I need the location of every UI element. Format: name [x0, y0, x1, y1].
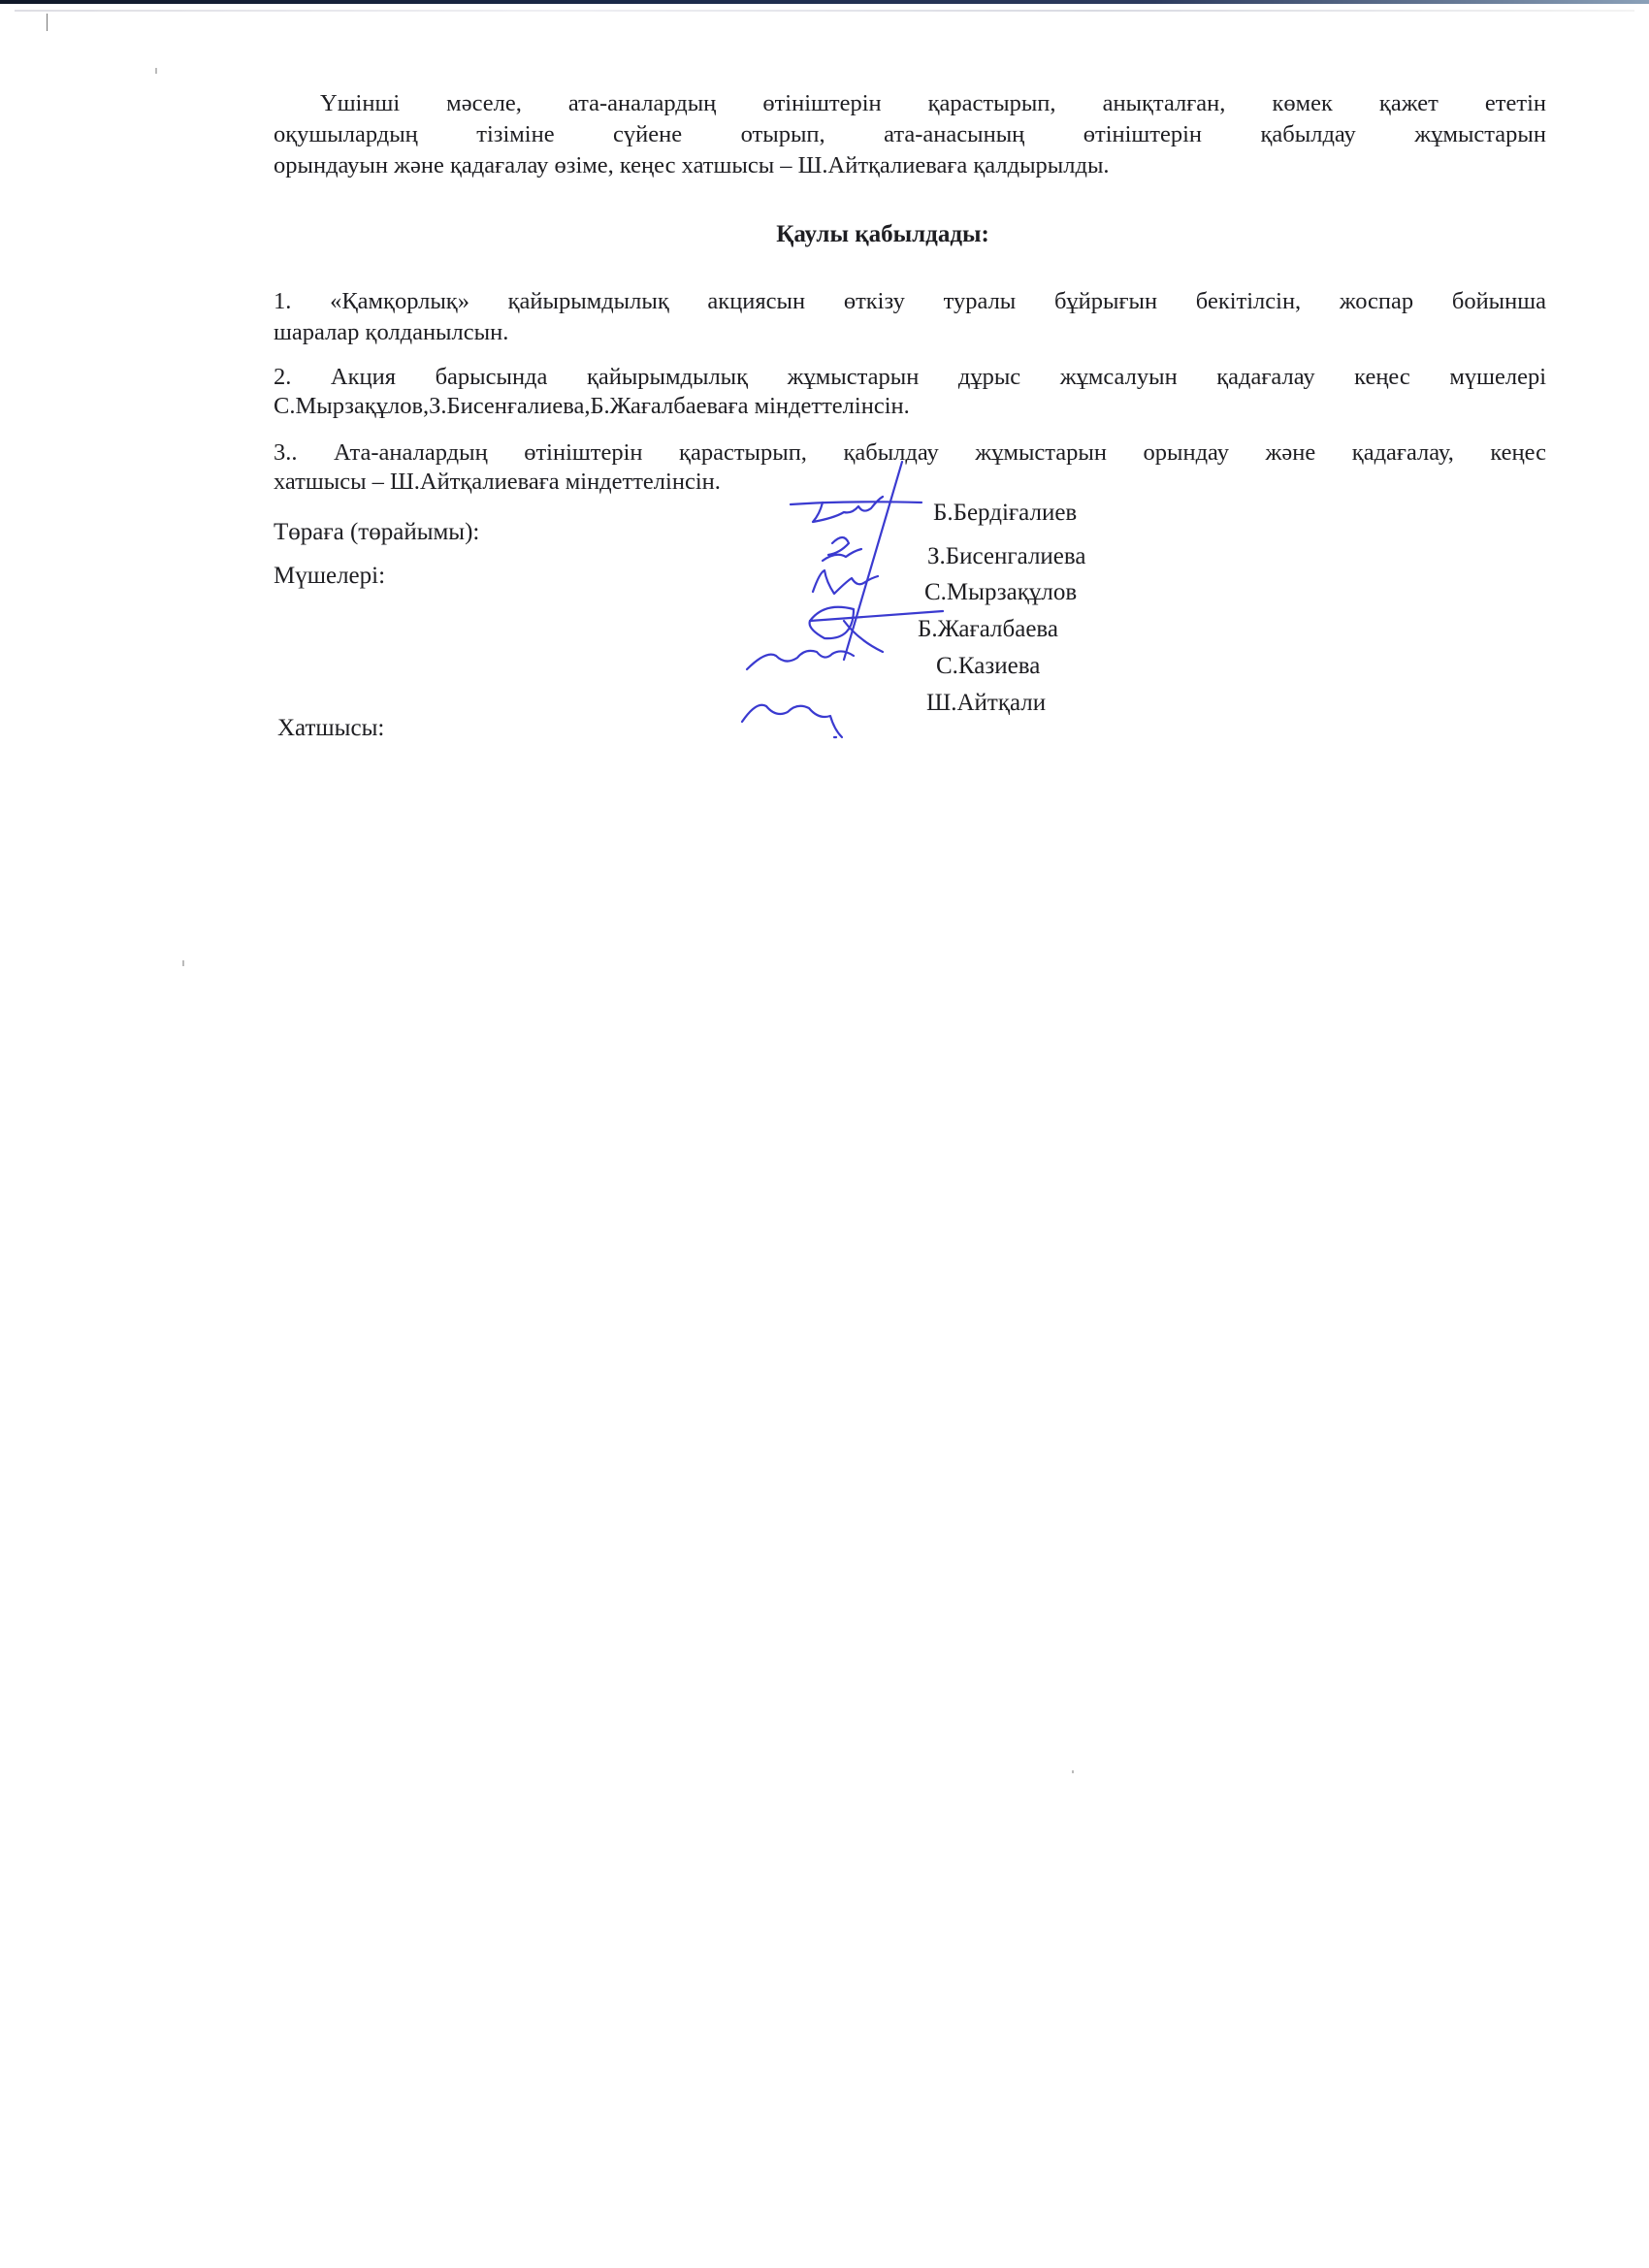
scan-artifact-dot: [1072, 1770, 1074, 1773]
scan-artifact-dot: [182, 960, 184, 966]
handwritten-signatures-icon: [0, 0, 1649, 776]
